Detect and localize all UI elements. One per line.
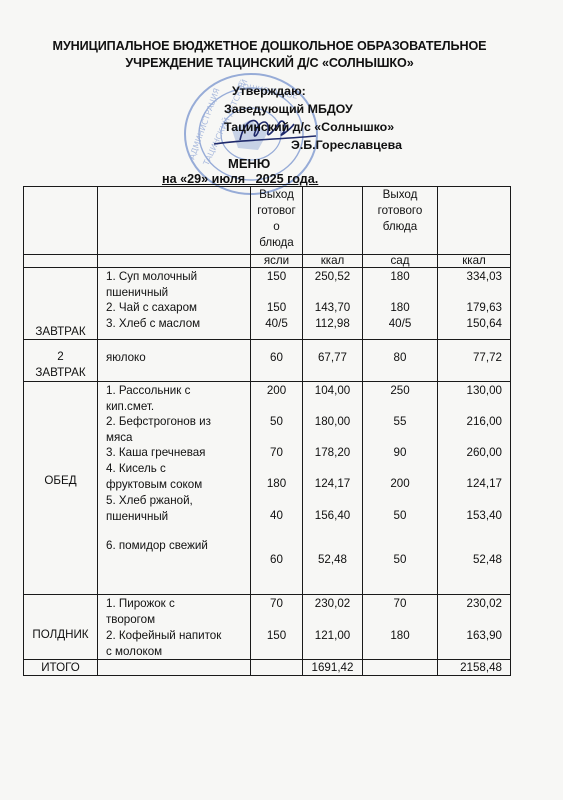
- value: 250,52: [303, 269, 362, 285]
- org-title-line2: УЧРЕЖДЕНИЕ ТАЦИНСКИЙ Д/С «СОЛНЫШКО»: [0, 56, 551, 70]
- value: 230,02: [438, 596, 502, 612]
- org-title-line1: МУНИЦИПАЛЬНОЕ БЮДЖЕТНОЕ ДОШКОЛЬНОЕ ОБРАЗ…: [0, 39, 551, 53]
- dish-line: 5. Хлеб ржаной,: [106, 493, 193, 509]
- value: 55: [363, 414, 437, 430]
- garden-kcal-cell: 334,03179,63150,64: [438, 268, 511, 340]
- value: 200: [251, 383, 302, 399]
- value: 260,00: [438, 445, 502, 461]
- value: 52,48: [303, 552, 362, 568]
- value: 60: [251, 552, 302, 568]
- meal-row: ОБЕД1. Рассольник скип.смет.2. Бефстрого…: [24, 382, 511, 595]
- garden-yield-cell: 18018040/5: [363, 268, 438, 340]
- value: 90: [363, 445, 437, 461]
- value: 178,20: [303, 445, 362, 461]
- dish-line: 2. Бефстрогонов из: [106, 414, 211, 430]
- subheader-kcal-nursery: ккал: [303, 255, 363, 268]
- value: 180,00: [303, 414, 362, 430]
- value: 40: [251, 508, 302, 524]
- dish-cell: 1. Рассольник скип.смет.2. Бефстрогонов …: [98, 382, 251, 595]
- value: 153,40: [438, 508, 502, 524]
- value: 70: [251, 596, 302, 612]
- value: 70: [251, 445, 302, 461]
- dish-line: пшеничный: [106, 285, 168, 301]
- value: 112,98: [303, 316, 362, 332]
- value: 180: [363, 300, 437, 316]
- nursery-yield-cell: 70150: [251, 595, 303, 660]
- meal-name: 2ЗАВТРАК: [24, 340, 97, 381]
- total-label: ИТОГО: [24, 660, 98, 676]
- dish-line: фруктовым соком: [106, 477, 202, 493]
- nursery-kcal-cell: 67,77: [303, 340, 363, 382]
- meal-name-line: 2: [24, 349, 97, 365]
- value: 200: [363, 476, 437, 492]
- meal-name: ПОЛДНИК: [24, 628, 97, 641]
- header-line: блюда: [251, 235, 302, 251]
- value: 180: [363, 269, 437, 285]
- garden-kcal-cell: 130,00216,00260,00124,17153,4052,48: [438, 382, 511, 595]
- value: 60: [251, 350, 302, 366]
- header-cell-empty: [438, 187, 511, 255]
- value: 179,63: [438, 300, 502, 316]
- header-cell-empty: [303, 187, 363, 255]
- nursery-kcal-cell: 230,02121,00: [303, 595, 363, 660]
- header-line: блюда: [363, 219, 437, 235]
- total-kcal-garden: 2158,48: [438, 660, 511, 676]
- value: 77,72: [438, 350, 502, 366]
- value: 104,00: [303, 383, 362, 399]
- total-kcal-nursery: 1691,42: [303, 660, 363, 676]
- header-cell-empty: [24, 187, 98, 255]
- meal-name-cell: ЗАВТРАК: [24, 268, 98, 340]
- value: 334,03: [438, 269, 502, 285]
- value: 143,70: [303, 300, 362, 316]
- total-row: ИТОГО1691,422158,48: [24, 660, 511, 676]
- value: 130,00: [438, 383, 502, 399]
- value: 150: [251, 628, 302, 644]
- value: 50: [363, 508, 437, 524]
- approval-label: Утверждаю:: [232, 84, 306, 98]
- value: 180: [363, 628, 437, 644]
- garden-kcal-cell: 230,02163,90: [438, 595, 511, 660]
- garden-yield-cell: 70180: [363, 595, 438, 660]
- header-line: о: [251, 219, 302, 235]
- subheader-cell: [24, 255, 98, 268]
- svg-text:АДМИНИСТРАЦИЯ: АДМИНИСТРАЦИЯ: [187, 87, 221, 161]
- dish-cell: 1. Суп молочныйпшеничный2. Чай с сахаром…: [98, 268, 251, 340]
- value: 40/5: [363, 316, 437, 332]
- header-line: готовог: [251, 203, 302, 219]
- value: 67,77: [303, 350, 362, 366]
- dish-line: 1. Пирожок с: [106, 596, 175, 612]
- garden-kcal-cell: 77,72: [438, 340, 511, 382]
- menu-title: МЕНЮ: [228, 156, 270, 171]
- dish-line: с молоком: [106, 644, 162, 660]
- approval-organization: Тацинский д/с «Солнышко»: [224, 120, 394, 134]
- dish-line: 3. Каша гречневая: [106, 445, 205, 461]
- value: 52,48: [438, 552, 502, 568]
- dish-line: 2. Кофейный напиток: [106, 628, 221, 644]
- header-cell-empty: [98, 187, 251, 255]
- value: 150: [251, 300, 302, 316]
- meal-name-line: ЗАВТРАК: [24, 365, 97, 381]
- dish-line: творогом: [106, 612, 155, 628]
- dish-line: 1. Рассольник с: [106, 383, 190, 399]
- approval-name: Э.Б.Гореславцева: [291, 138, 402, 152]
- nursery-kcal-cell: 104,00180,00178,20124,17156,4052,48: [303, 382, 363, 595]
- approval-position: Заведующий МБДОУ: [224, 102, 353, 116]
- nursery-yield-cell: 15015040/5: [251, 268, 303, 340]
- nursery-kcal-cell: 250,52143,70112,98: [303, 268, 363, 340]
- value: 124,17: [303, 476, 362, 492]
- table-subheader-row: ясли ккал сад ккал: [24, 255, 511, 268]
- table-header-row: Выход готовог о блюда Выход готового блю…: [24, 187, 511, 255]
- dish-line: 6. помидор свежий: [106, 538, 208, 554]
- nursery-yield-cell: 20050701804060: [251, 382, 303, 595]
- meal-name: ЗАВТРАК: [24, 325, 97, 338]
- header-line: Выход: [251, 187, 302, 203]
- dish-cell: яюлоко: [98, 340, 251, 382]
- meal-row: ПОЛДНИК1. Пирожок створогом2. Кофейный н…: [24, 595, 511, 660]
- value: 156,40: [303, 508, 362, 524]
- value: 230,02: [303, 596, 362, 612]
- total-empty: [363, 660, 438, 676]
- value: 40/5: [251, 316, 302, 332]
- subheader-cell: [98, 255, 251, 268]
- nursery-yield-cell: 60: [251, 340, 303, 382]
- meal-name-cell: 2ЗАВТРАК: [24, 340, 98, 382]
- value: 163,90: [438, 628, 502, 644]
- header-line: готового: [363, 203, 437, 219]
- meal-row: ЗАВТРАК1. Суп молочныйпшеничный2. Чай с …: [24, 268, 511, 340]
- meal-name: ОБЕД: [24, 474, 97, 487]
- garden-yield-cell: 25055902005050: [363, 382, 438, 595]
- menu-table: Выход готовог о блюда Выход готового блю…: [23, 186, 511, 676]
- value: 250: [363, 383, 437, 399]
- header-yield-garden: Выход готового блюда: [363, 187, 438, 255]
- value: 150,64: [438, 316, 502, 332]
- meal-row: 2ЗАВТРАКяюлоко6067,778077,72: [24, 340, 511, 382]
- value: 180: [251, 476, 302, 492]
- dish-line: 3. Хлеб с маслом: [106, 316, 200, 332]
- meal-name-cell: ОБЕД: [24, 382, 98, 595]
- dish-cell: 1. Пирожок створогом2. Кофейный напитокс…: [98, 595, 251, 660]
- subheader-nursery: ясли: [251, 255, 303, 268]
- dish-line: 4. Кисель с: [106, 461, 166, 477]
- value: 50: [363, 552, 437, 568]
- value: 50: [251, 414, 302, 430]
- total-empty: [98, 660, 251, 676]
- dish-line: яюлоко: [106, 350, 146, 366]
- header-line: Выход: [363, 187, 437, 203]
- value: 216,00: [438, 414, 502, 430]
- value: 150: [251, 269, 302, 285]
- header-yield-nursery: Выход готовог о блюда: [251, 187, 303, 255]
- meal-name-cell: ПОЛДНИК: [24, 595, 98, 660]
- dish-line: кип.смет.: [106, 399, 154, 415]
- subheader-garden: сад: [363, 255, 438, 268]
- value: 70: [363, 596, 437, 612]
- value: 124,17: [438, 476, 502, 492]
- value: 80: [363, 350, 437, 366]
- dish-line: 1. Суп молочный: [106, 269, 197, 285]
- dish-line: 2. Чай с сахаром: [106, 300, 197, 316]
- garden-yield-cell: 80: [363, 340, 438, 382]
- dish-line: мяса: [106, 430, 133, 446]
- menu-date: на «29» июля 2025 года.: [162, 172, 318, 186]
- dish-line: пшеничный: [106, 509, 168, 525]
- subheader-kcal-garden: ккал: [438, 255, 511, 268]
- value: 121,00: [303, 628, 362, 644]
- total-empty: [251, 660, 303, 676]
